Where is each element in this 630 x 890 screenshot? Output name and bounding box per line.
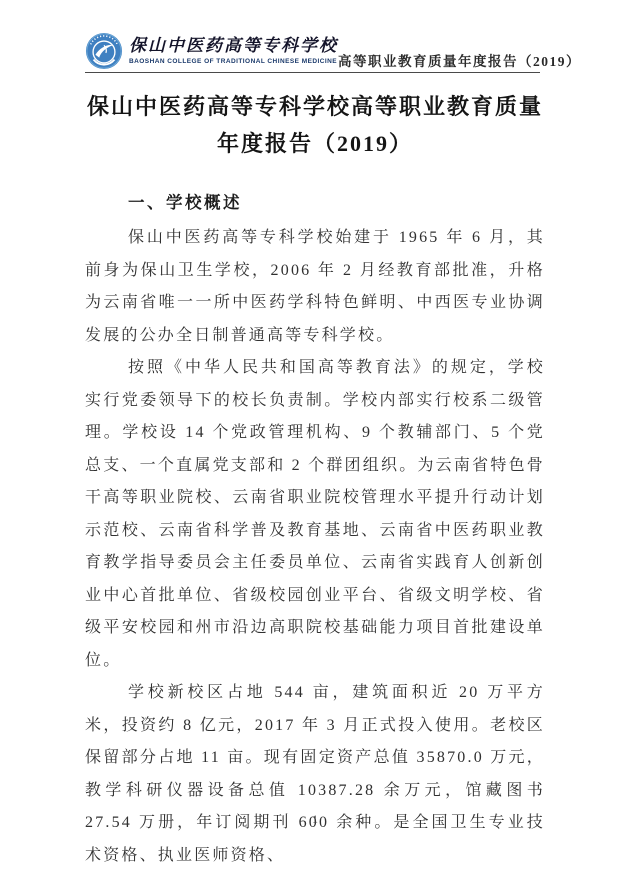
document-title-line1: 保山中医药高等专科学校高等职业教育质量 (60, 88, 570, 125)
document-title: 保山中医药高等专科学校高等职业教育质量 年度报告（2019） (60, 88, 570, 162)
school-brand: 保山中医药高等专科学校 BAOSHAN COLLEGE OF TRADITION… (85, 32, 338, 70)
school-name-en: BAOSHAN COLLEGE OF TRADITIONAL CHINESE M… (129, 58, 338, 65)
page-number: 1 (0, 812, 630, 827)
document-body: 一、学校概述 保山中医药高等专科学校始建于 1965 年 6 月，其前身为保山卫… (85, 188, 545, 872)
document-page: 保山中医药高等专科学校 BAOSHAN COLLEGE OF TRADITION… (0, 0, 630, 890)
document-title-line2: 年度报告（2019） (60, 125, 570, 162)
paragraph-1: 保山中医药高等专科学校始建于 1965 年 6 月，其前身为保山卫生学校，200… (85, 222, 545, 352)
paragraph-3: 学校新校区占地 544 亩，建筑面积近 20 万平方米，投资约 8 亿元，201… (85, 677, 545, 872)
section-heading: 一、学校概述 (85, 188, 545, 218)
school-names: 保山中医药高等专科学校 BAOSHAN COLLEGE OF TRADITION… (129, 37, 338, 65)
school-name-zh: 保山中医药高等专科学校 (129, 37, 338, 56)
paragraph-2: 按照《中华人民共和国高等教育法》的规定，学校实行党委领导下的校长负责制。学校内部… (85, 352, 545, 677)
school-emblem-icon (85, 32, 123, 70)
page-header: 保山中医药高等专科学校 BAOSHAN COLLEGE OF TRADITION… (85, 30, 545, 72)
header-report-label: 高等职业教育质量年度报告（2019） (338, 50, 581, 70)
header-divider (85, 72, 540, 73)
